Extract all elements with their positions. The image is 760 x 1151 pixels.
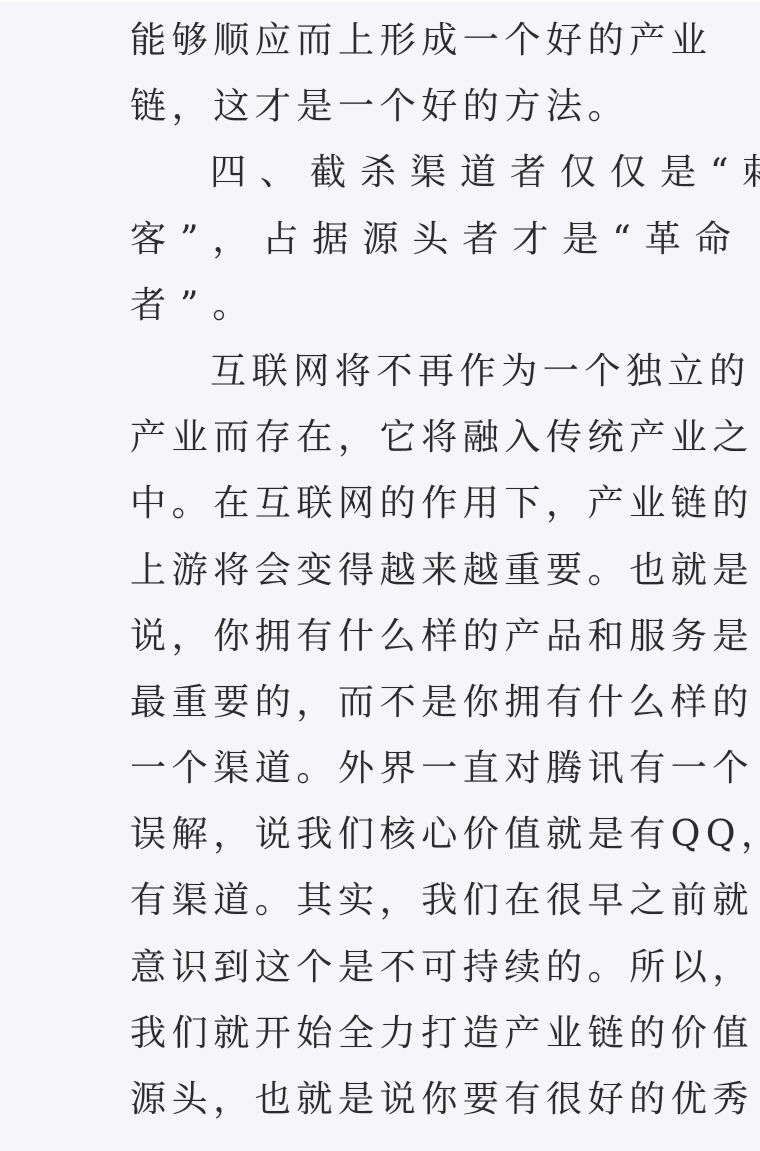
paragraph-first-line: 互联网将不再作为一个独立的 [130, 339, 720, 405]
text-line: 能够顺应而上形成一个好的产业 [130, 8, 720, 74]
text-line: 链，这才是一个好的方法。 [130, 74, 720, 140]
text-line: 误解，说我们核心价值就是有QQ， [130, 802, 720, 868]
section-heading-line: 客”，占据源头者才是“革命 [130, 207, 720, 273]
section-heading-line: 者”。 [130, 273, 720, 339]
document-page: 能够顺应而上形成一个好的产业 链，这才是一个好的方法。 四、截杀渠道者仅仅是“刺… [0, 0, 760, 1151]
text-line: 产业而存在，它将融入传统产业之 [130, 405, 720, 471]
text-line: 有渠道。其实，我们在很早之前就 [130, 868, 720, 934]
body-text: 能够顺应而上形成一个好的产业 链，这才是一个好的方法。 四、截杀渠道者仅仅是“刺… [130, 8, 720, 1133]
text-line: 上游将会变得越来越重要。也就是 [130, 538, 720, 604]
section-heading-line: 四、截杀渠道者仅仅是“刺 [130, 140, 720, 206]
text-line: 最重要的，而不是你拥有什么样的 [130, 670, 720, 736]
text-line: 一个渠道。外界一直对腾讯有一个 [130, 736, 720, 802]
text-line: 中。在互联网的作用下，产业链的 [130, 471, 720, 537]
text-line: 意识到这个是不可持续的。所以， [130, 935, 720, 1001]
text-line: 我们就开始全力打造产业链的价值 [130, 1001, 720, 1067]
text-line: 源头，也就是说你要有很好的优秀 [130, 1067, 720, 1133]
text-line: 说，你拥有什么样的产品和服务是 [130, 604, 720, 670]
